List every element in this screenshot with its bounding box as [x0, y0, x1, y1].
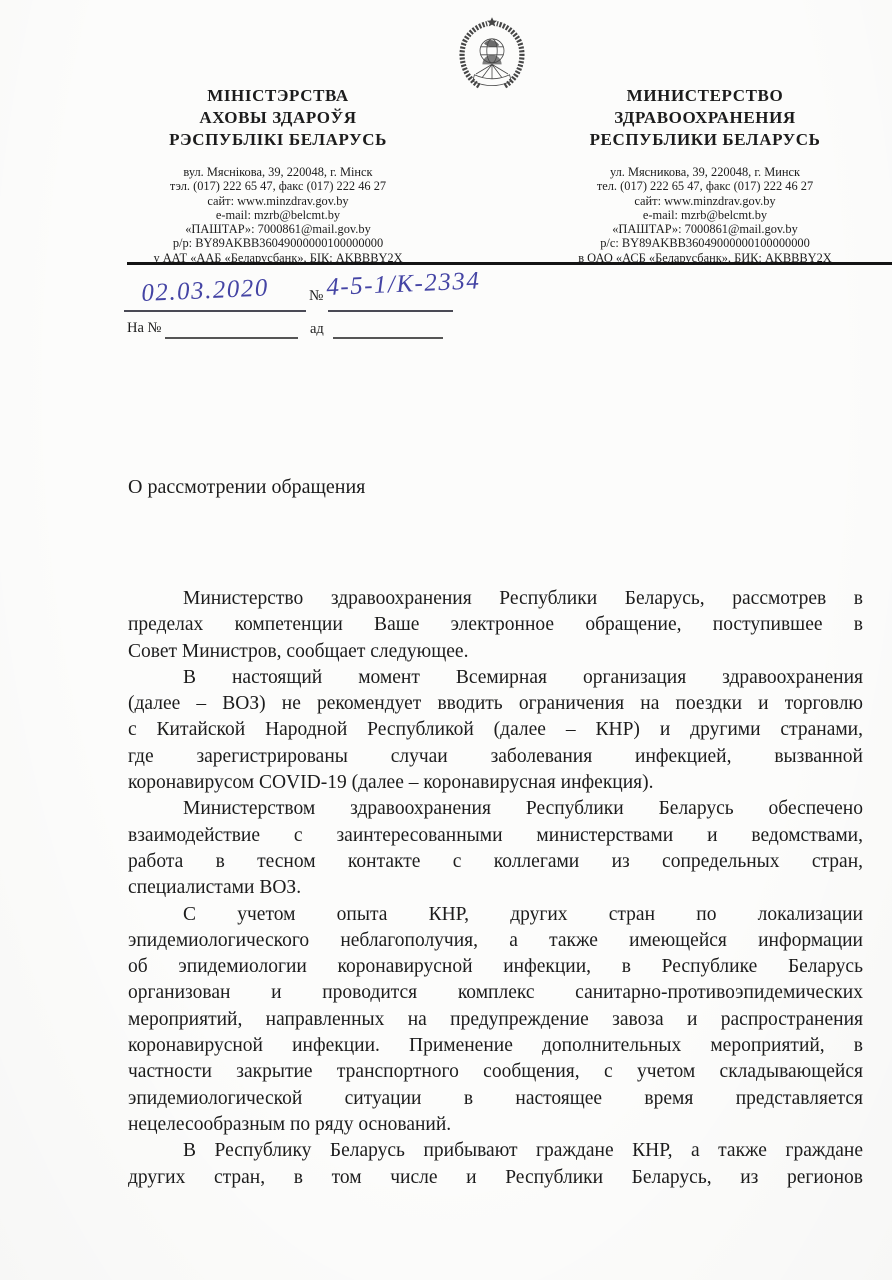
ministry-address-be: вул. Мяснікова, 39, 220048, г. Мінсктэл.…: [128, 165, 428, 265]
header-divider: [127, 262, 892, 265]
reply-number-label: На №: [127, 320, 161, 337]
ministry-title-ru: МИНИСТЕРСТВОЗДРАВООХРАНЕНИЯРЕСПУБЛИКИ БЕ…: [555, 85, 855, 151]
body-line: взаимодействие с заинтересованными минис…: [128, 823, 863, 849]
coat-of-arms-belarus-icon: [452, 14, 532, 94]
ministry-title-line: АХОВЫ ЗДАРОЎЯ: [128, 107, 428, 129]
ministry-title-line: МІНІСТЭРСТВА: [128, 85, 428, 107]
address-line: e-mail: mzrb@belcmt.by: [555, 208, 855, 222]
body-paragraph: Министерство здравоохранения Республики …: [128, 586, 863, 665]
body-paragraph: С учетом опыта КНР, других стран по лока…: [128, 902, 863, 1139]
body-line: нецелесообразным по ряду оснований.: [128, 1112, 863, 1138]
body-paragraph: Министерством здравоохранения Республики…: [128, 796, 863, 901]
letter-date-handwritten: 02.03.2020: [141, 274, 270, 308]
body-line: В Республику Беларусь прибывают граждане…: [128, 1138, 863, 1164]
body-line: об эпидемиологии коронавирусной инфекции…: [128, 954, 863, 980]
body-line: коронавирусной инфекции. Применение допо…: [128, 1033, 863, 1059]
address-line: р/с: BY89AKBB36049000000100000000: [555, 236, 855, 250]
body-line: пределах компетенции Ваше электронное об…: [128, 612, 863, 638]
body-line: В настоящий момент Всемирная организация…: [128, 665, 863, 691]
body-line: частности закрытие транспортного сообщен…: [128, 1059, 863, 1085]
ministry-title-line: ЗДРАВООХРАНЕНИЯ: [555, 107, 855, 129]
body-line: где зарегистрированы случаи заболевания …: [128, 744, 863, 770]
body-line: специалистами ВОЗ.: [128, 875, 863, 901]
body-line: эпидемиологического неблагополучия, а та…: [128, 928, 863, 954]
ministry-title-line: РЭСПУБЛІКІ БЕЛАРУСЬ: [128, 129, 428, 151]
outgoing-number-handwritten: 4-5-1/К-2334: [326, 267, 481, 302]
body-line: работа в тесном контакте с коллегами из …: [128, 849, 863, 875]
body-line: с Китайской Народной Республикой (далее …: [128, 717, 863, 743]
subject-line: О рассмотрении обращения: [128, 476, 365, 499]
ministry-title-be: МІНІСТЭРСТВААХОВЫ ЗДАРОЎЯРЭСПУБЛІКІ БЕЛА…: [128, 85, 428, 151]
ministry-title-line: МИНИСТЕРСТВО: [555, 85, 855, 107]
address-line: сайт: www.minzdrav.gov.by: [128, 194, 428, 208]
body-line: (далее – ВОЗ) не рекомендует вводить огр…: [128, 691, 863, 717]
address-line: тел. (017) 222 65 47, факс (017) 222 46 …: [555, 179, 855, 193]
address-line: вул. Мяснікова, 39, 220048, г. Мінск: [128, 165, 428, 179]
date-underline: [124, 310, 306, 312]
body-line: организован и проводится комплекс санита…: [128, 980, 863, 1006]
body-paragraph: В Республику Беларусь прибывают граждане…: [128, 1138, 863, 1191]
scanned-letter: МІНІСТЭРСТВААХОВЫ ЗДАРОЎЯРЭСПУБЛІКІ БЕЛА…: [0, 0, 892, 1280]
address-line: ул. Мясникова, 39, 220048, г. Минск: [555, 165, 855, 179]
body-line: Совет Министров, сообщает следующее.: [128, 639, 863, 665]
reply-number-underline: [165, 337, 298, 339]
address-line: e-mail: mzrb@belcmt.by: [128, 208, 428, 222]
body-line: С учетом опыта КНР, других стран по лока…: [128, 902, 863, 928]
reply-date-underline: [333, 337, 443, 339]
body-line: других стран, в том числе и Республики Б…: [128, 1165, 863, 1191]
address-line: тэл. (017) 222 65 47, факс (017) 222 46 …: [128, 179, 428, 193]
body-line: коронавирусом COVID-19 (далее – коронави…: [128, 770, 863, 796]
body-line: Министерство здравоохранения Республики …: [128, 586, 863, 612]
letter-body: Министерство здравоохранения Республики …: [128, 586, 863, 1191]
body-line: эпидемиологической ситуации в настоящее …: [128, 1086, 863, 1112]
address-line: «ПАШТАР»: 7000861@mail.gov.by: [128, 222, 428, 236]
reply-date-label: ад: [310, 321, 324, 338]
ministry-header-ru: МИНИСТЕРСТВОЗДРАВООХРАНЕНИЯРЕСПУБЛИКИ БЕ…: [555, 85, 855, 265]
number-underline: [328, 310, 453, 312]
address-line: «ПАШТАР»: 7000861@mail.gov.by: [555, 222, 855, 236]
body-line: мероприятий, направленных на предупрежде…: [128, 1007, 863, 1033]
ministry-header-be: МІНІСТЭРСТВААХОВЫ ЗДАРОЎЯРЭСПУБЛІКІ БЕЛА…: [128, 85, 428, 265]
ministry-title-line: РЕСПУБЛИКИ БЕЛАРУСЬ: [555, 129, 855, 151]
address-line: сайт: www.minzdrav.gov.by: [555, 194, 855, 208]
number-sign: №: [309, 288, 323, 305]
body-paragraph: В настоящий момент Всемирная организация…: [128, 665, 863, 796]
address-line: р/р: BY89AKBB36049000000100000000: [128, 236, 428, 250]
ministry-address-ru: ул. Мясникова, 39, 220048, г. Минсктел. …: [555, 165, 855, 265]
body-line: Министерством здравоохранения Республики…: [128, 796, 863, 822]
